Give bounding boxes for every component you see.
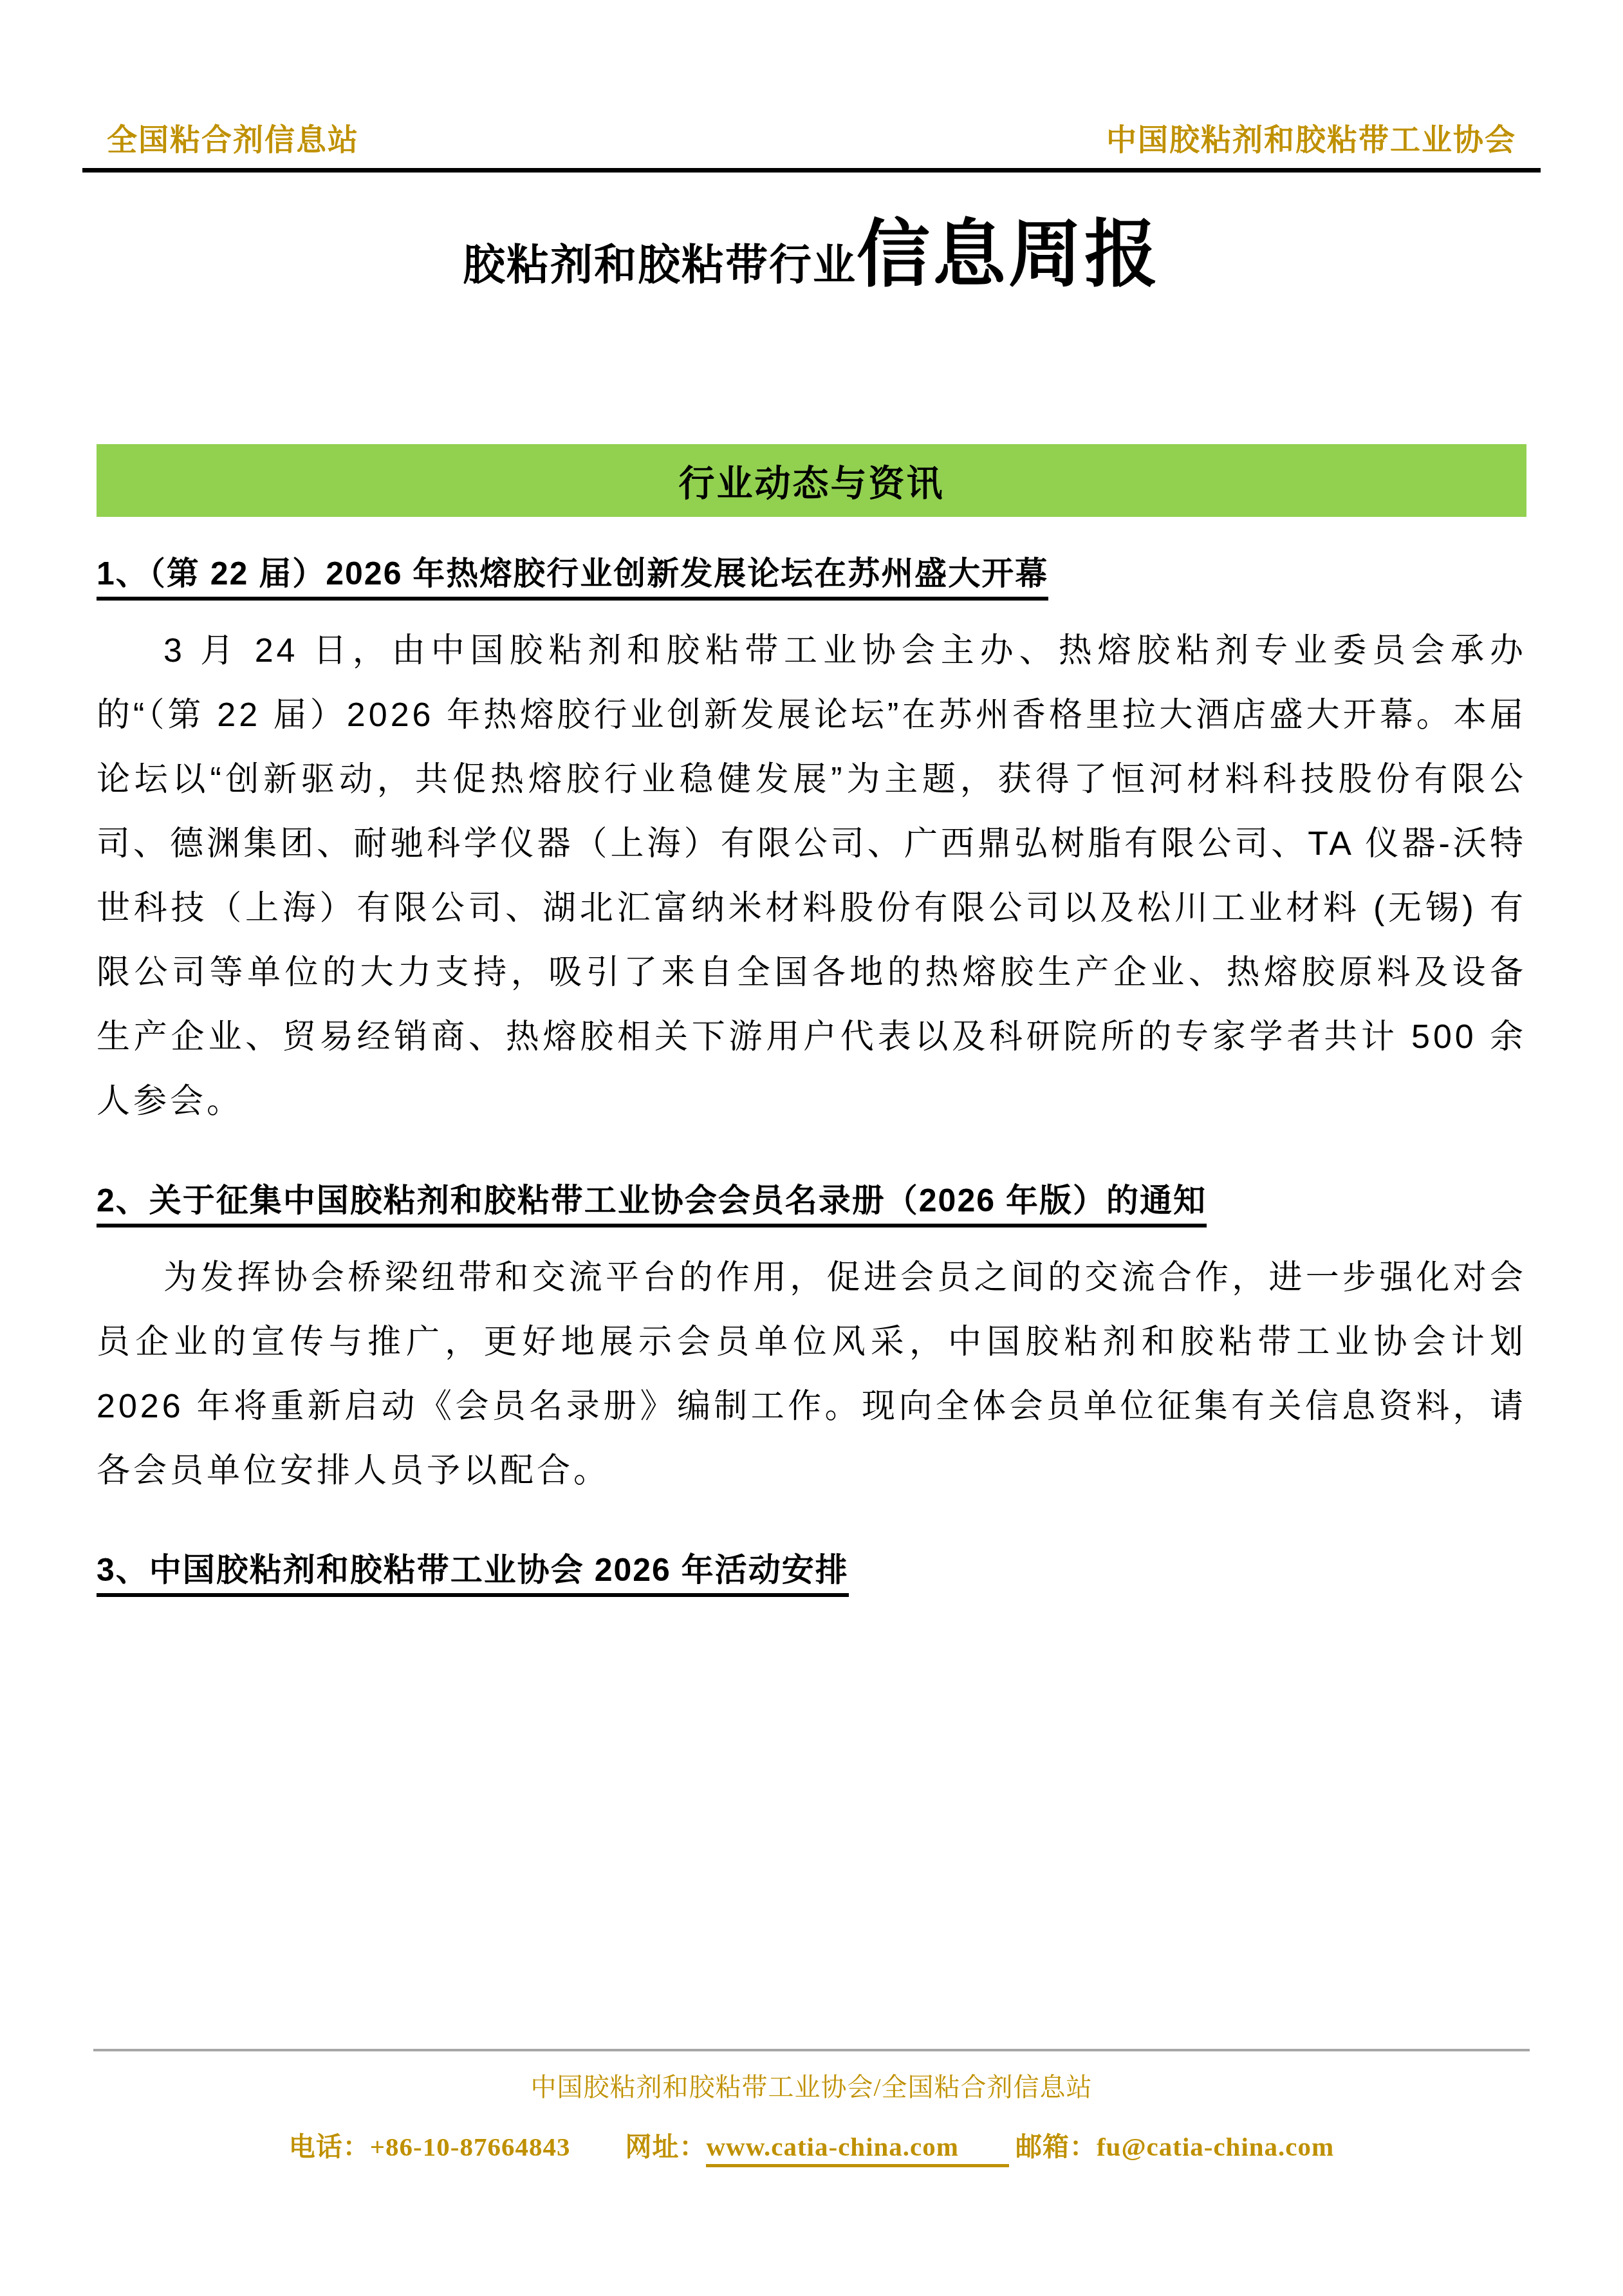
- section-heading-2-text: 2、关于征集中国胶粘剂和胶粘带工业协会会员名录册（2026 年版）的通知: [97, 1182, 1207, 1227]
- section-heading-2: 2、关于征集中国胶粘剂和胶粘带工业协会会员名录册（2026 年版）的通知: [97, 1177, 1526, 1224]
- section-banner: 行业动态与资讯: [97, 444, 1526, 517]
- header-right-text: 中国胶粘剂和胶粘带工业协会: [1106, 116, 1516, 159]
- footer-web-label: 网址：: [625, 2132, 706, 2161]
- document-page: 全国粘合剂信息站 中国胶粘剂和胶粘带工业协会 胶粘剂和胶粘带行业信息周报 行业动…: [0, 0, 1623, 2296]
- section-heading-1-text: 1、（第 22 届）2026 年热熔胶行业创新发展论坛在苏州盛大开幕: [97, 555, 1048, 601]
- page-title: 胶粘剂和胶粘带行业信息周报: [0, 210, 1623, 322]
- section-heading-3: 3、中国胶粘剂和胶粘带工业协会 2026 年活动安排: [97, 1547, 1526, 1593]
- page-title-main: 信息周报: [857, 214, 1160, 295]
- footer-email-label: 邮箱：: [1016, 2132, 1097, 2161]
- header-left-text: 全国粘合剂信息站: [107, 116, 359, 159]
- page-title-prefix: 胶粘剂和胶粘带行业: [463, 241, 857, 288]
- footer-phone-label: 电话：: [289, 2132, 370, 2161]
- content-area: 1、（第 22 届）2026 年热熔胶行业创新发展论坛在苏州盛大开幕 3 月 2…: [97, 550, 1526, 1593]
- page-footer: 中国胶粘剂和胶粘带工业协会/全国粘合剂信息站 电话：+86-10-8766484…: [93, 2049, 1530, 2163]
- footer-contact-line: 电话：+86-10-87664843网址：www.catia-china.com…: [93, 2125, 1530, 2163]
- section-2-paragraph: 为发挥协会桥梁纽带和交流平台的作用，促进会员之间的交流合作，进一步强化对会员企业…: [97, 1246, 1526, 1503]
- footer-email-value: fu@catia-china.com: [1097, 2132, 1334, 2161]
- page-header: 全国粘合剂信息站 中国胶粘剂和胶粘带工业协会: [82, 0, 1541, 173]
- footer-web-link[interactable]: www.catia-china.com: [706, 2132, 1009, 2167]
- section-heading-1: 1、（第 22 届）2026 年热熔胶行业创新发展论坛在苏州盛大开幕: [97, 550, 1526, 597]
- section-1-paragraph: 3 月 24 日，由中国胶粘剂和胶粘带工业协会主办、热熔胶粘剂专业委员会承办的“…: [97, 619, 1526, 1134]
- footer-org-line: 中国胶粘剂和胶粘带工业协会/全国粘合剂信息站: [93, 2067, 1530, 2104]
- section-heading-3-text: 3、中国胶粘剂和胶粘带工业协会 2026 年活动安排: [97, 1552, 849, 1597]
- section-banner-label: 行业动态与资讯: [679, 455, 945, 507]
- footer-phone-value: +86-10-87664843: [370, 2132, 571, 2161]
